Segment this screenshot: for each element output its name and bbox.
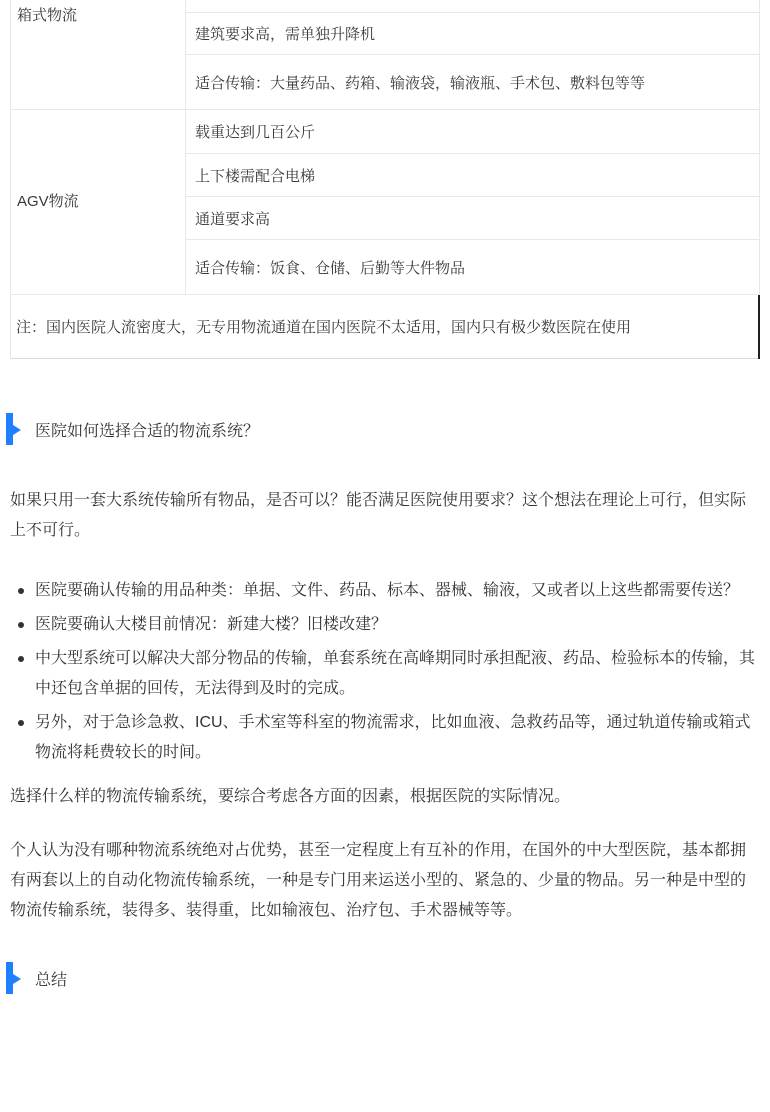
paragraph-intro: 如果只用一套大系统传输所有物品，是否可以？能否满足医院使用要求？这个想法在理论上… (10, 486, 760, 546)
list-item-text: 医院要确认传输的用品种类：单据、文件、药品、标本、器械、输液，又或者以上这些都需… (35, 582, 739, 599)
list-item-text: 医院要确认大楼目前情况：新建大楼？旧楼改建？ (35, 616, 387, 633)
table-group-agv-logistics: AGV物流 载重达到几百公斤 上下楼需配合电梯 通道要求高 适合传输：饭食、仓储… (11, 109, 759, 294)
table-cell: 建筑要求高，需单独升降机 (186, 12, 759, 54)
paragraph-consider: 选择什么样的物流传输系统，要综合考虑各方面的因素，根据医院的实际情况。 (10, 782, 760, 812)
list-item: 另外，对于急诊急救、ICU、手术室等科室的物流需求，比如血液、急救药品等，通过轨… (10, 708, 760, 768)
blue-bookmark-icon (6, 413, 13, 445)
bullet-icon (18, 588, 24, 594)
table-cell: 适合传输：大量药品、药箱、输液袋，输液瓶、手术包、敷料包等等 (186, 54, 759, 109)
table-note-text: 注：国内医院人流密度大，无专用物流通道在国内医院不太适用，国内只有极少数医院在使… (16, 316, 631, 337)
paragraph-opinion: 个人认为没有哪种物流系统绝对占优势，甚至一定程度上有互补的作用，在国外的中大型医… (10, 836, 760, 926)
list-item: 医院要确认大楼目前情况：新建大楼？旧楼改建？ (10, 610, 760, 640)
bullet-icon (18, 622, 24, 628)
table-subrows: 建筑要求高，需单独升降机 适合传输：大量药品、药箱、输液袋，输液瓶、手术包、敷料… (186, 0, 759, 109)
section-heading-choose: 医院如何选择合适的物流系统？ (6, 413, 760, 445)
list-item-text: 另外，对于急诊急救、ICU、手术室等科室的物流需求，比如血液、急救药品等，通过轨… (35, 714, 751, 761)
table-cell: 通道要求高 (186, 196, 759, 239)
bullet-icon (18, 720, 24, 726)
table-cell: 适合传输：饭食、仓储、后勤等大件物品 (186, 239, 759, 294)
table-cell: 上下楼需配合电梯 (186, 153, 759, 196)
note-right-edge-mark (758, 295, 760, 359)
row-header-box-logistics: 箱式物流 (11, 0, 186, 109)
section-heading-summary: 总结 (6, 962, 760, 994)
table-cell-cropped (186, 0, 759, 12)
table-subrows: 载重达到几百公斤 上下楼需配合电梯 通道要求高 适合传输：饭食、仓储、后勤等大件… (186, 110, 759, 294)
table-note-row: 注：国内医院人流密度大，无专用物流通道在国内医院不太适用，国内只有极少数医院在使… (11, 294, 759, 359)
row-header-agv-logistics: AGV物流 (11, 110, 186, 294)
list-item-text: 中大型系统可以解决大部分物品的传输，单套系统在高峰期同时承担配液、药品、检验标本… (35, 650, 755, 697)
blue-bookmark-icon (6, 962, 13, 994)
table-cell: 载重达到几百公斤 (186, 110, 759, 153)
considerations-list: 医院要确认传输的用品种类：单据、文件、药品、标本、器械、输液，又或者以上这些都需… (10, 576, 760, 768)
list-item: 医院要确认传输的用品种类：单据、文件、药品、标本、器械、输液，又或者以上这些都需… (10, 576, 760, 606)
section-heading-text: 总结 (35, 967, 67, 990)
logistics-comparison-table: 箱式物流 建筑要求高，需单独升降机 适合传输：大量药品、药箱、输液袋，输液瓶、手… (10, 0, 760, 359)
bullet-icon (18, 656, 24, 662)
article-content: 箱式物流 建筑要求高，需单独升降机 适合传输：大量药品、药箱、输液袋，输液瓶、手… (0, 0, 770, 994)
table-group-box-logistics: 箱式物流 建筑要求高，需单独升降机 适合传输：大量药品、药箱、输液袋，输液瓶、手… (11, 0, 759, 109)
list-item: 中大型系统可以解决大部分物品的传输，单套系统在高峰期同时承担配液、药品、检验标本… (10, 644, 760, 704)
section-heading-text: 医院如何选择合适的物流系统？ (35, 418, 259, 441)
